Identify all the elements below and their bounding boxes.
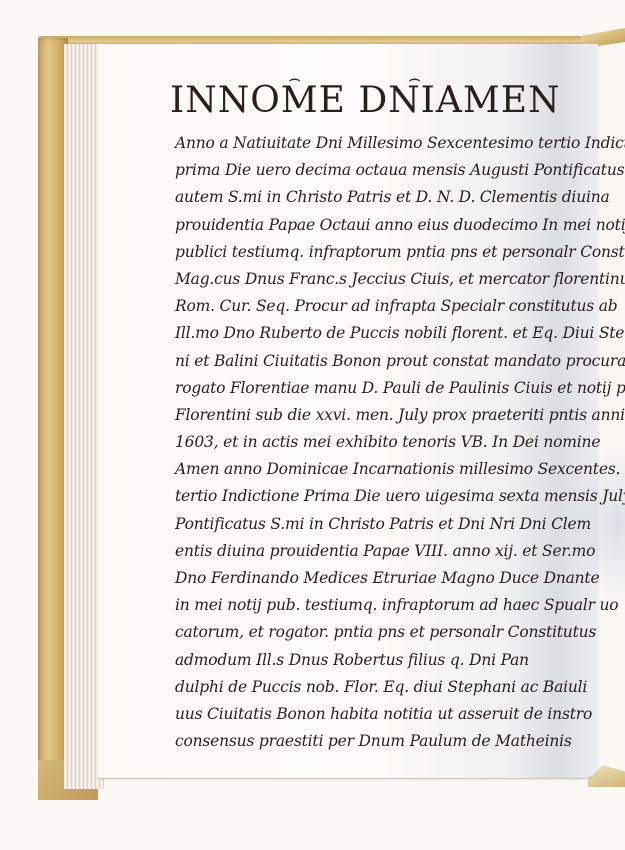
text-line: uus Ciuitatis Bonon habita notitia ut as… [175,701,585,728]
text-line: in mei notij pub. testiumq. infraptorum … [175,592,585,619]
manuscript-photo: ⌢ ⌢ INNOME DNIAMEN Anno a Natiuitate Dni… [0,0,625,850]
text-line: Mag.cus Dnus Franc.s Jeccius Ciuis, et m… [175,266,585,293]
text-line: publici testiumq. infraptorum pntia pns … [175,239,585,266]
manuscript-text: Anno a Natiuitate Dni Millesimo Sexcente… [175,130,585,755]
text-line: ni et Balini Ciuitatis Bonon prout const… [175,348,585,375]
text-line: dulphi de Puccis nob. Flor. Eq. diui Ste… [175,674,585,701]
text-line: consensus praestiti per Dnum Paulum de M… [175,728,585,755]
text-line: 1603, et in actis mei exhibito tenoris V… [175,429,585,456]
heading-text: INNOME DNIAMEN [170,80,561,121]
text-line: Amen anno Dominicae Incarnationis milles… [175,456,585,483]
abbreviation-mark: ⌢ [408,66,422,90]
text-line: Anno a Natiuitate Dni Millesimo Sexcente… [175,130,585,157]
text-line: entis diuina prouidentia Papae VIII. ann… [175,538,585,565]
text-line: Florentini sub die xxvi. men. July prox … [175,402,585,429]
text-line: Rom. Cur. Seq. Procur ad infrapta Specia… [175,293,585,320]
text-line: Pontificatus S.mi in Christo Patris et D… [175,511,585,538]
text-line: admodum Ill.s Dnus Robertus filius q. Dn… [175,647,585,674]
text-line: tertio Indictione Prima Die uero uigesim… [175,483,585,510]
text-line: autem S.mi in Christo Patris et D. N. D.… [175,184,585,211]
text-line: rogato Florentiae manu D. Pauli de Pauli… [175,375,585,402]
text-line: catorum, et rogator. pntia pns et person… [175,619,585,646]
text-line: prima Die uero decima octaua mensis Augu… [175,157,585,184]
invocation-heading: ⌢ ⌢ INNOME DNIAMEN [170,80,590,121]
abbreviation-mark: ⌢ [288,66,302,90]
text-line: prouidentia Papae Octaui anno eius duode… [175,212,585,239]
text-line: Ill.mo Dno Ruberto de Puccis nobili flor… [175,320,585,347]
text-line: Dno Ferdinando Medices Etruriae Magno Du… [175,565,585,592]
